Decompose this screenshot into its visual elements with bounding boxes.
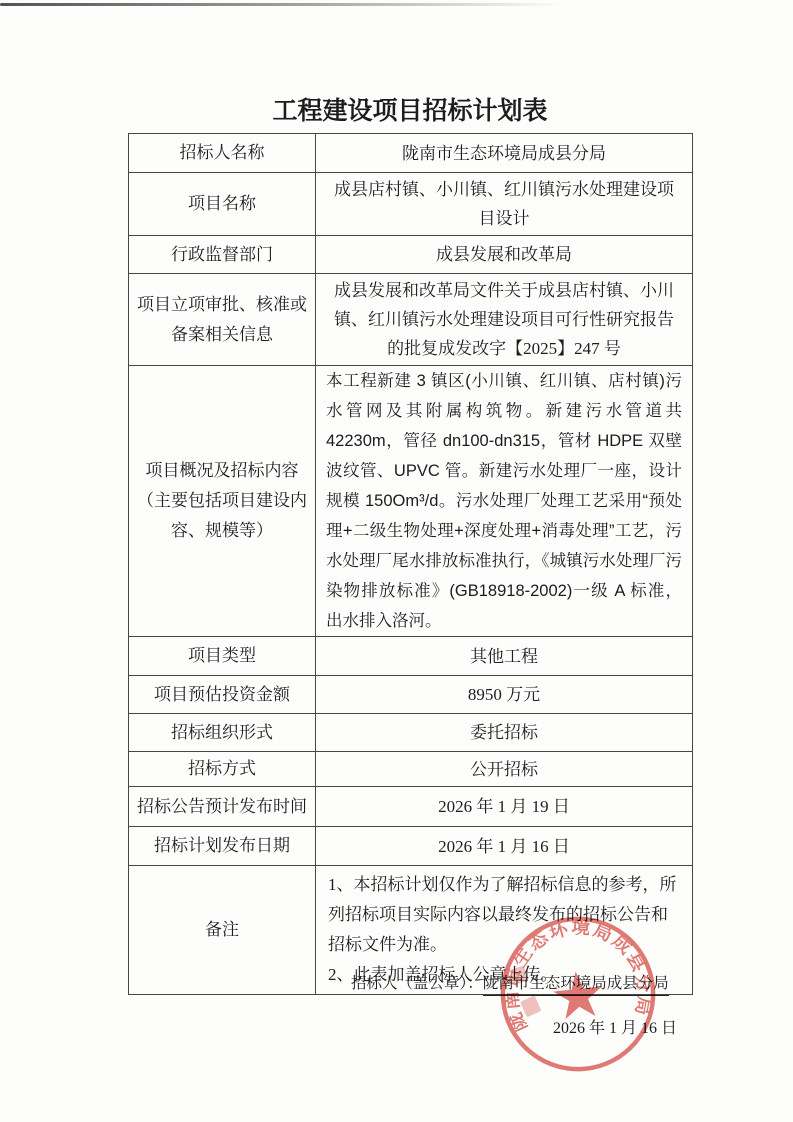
page-title: 工程建设项目招标计划表 <box>128 91 692 127</box>
table-row-tenderer-name: 招标人名称 陇南市生态环境局成县分局 <box>129 134 693 173</box>
row-value: 成县发展和改革局文件关于成县店村镇、小川镇、红川镇污水处理建设项目可行性研究报告… <box>316 274 693 366</box>
row-label: 项目类型 <box>129 637 316 676</box>
table-row-approval-info: 项目立项审批、核准或备案相关信息 成县发展和改革局文件关于成县店村镇、小川镇、红… <box>129 274 693 366</box>
row-value: 公开招标 <box>316 752 693 787</box>
row-label: 招标公告预计发布时间 <box>129 787 316 827</box>
row-label: 招标组织形式 <box>129 714 316 752</box>
row-value: 2026 年 1 月 19 日 <box>316 787 693 827</box>
table-row-plan-publish-date: 招标计划发布日期 2026 年 1 月 16 日 <box>129 827 693 866</box>
table-row-organization-form: 招标组织形式 委托招标 <box>129 714 693 752</box>
row-value: 成县发展和改革局 <box>316 236 693 274</box>
table-row-project-overview: 项目概况及招标内容（主要包括项目建设内容、规模等） 本工程新建 3 镇区(小川镇… <box>129 366 693 637</box>
sign-date: 2026 年 1 月 16 日 <box>553 1015 677 1038</box>
table-row-supervising-department: 行政监督部门 成县发展和改革局 <box>129 236 693 274</box>
row-label: 项目概况及招标内容（主要包括项目建设内容、规模等） <box>129 366 316 637</box>
row-label: 项目预估投资金额 <box>129 676 316 714</box>
signer-line: 招标人（盖公章）：陇南市生态环境局成县分局 <box>351 971 669 993</box>
row-label: 备注 <box>129 866 316 995</box>
row-value: 8950 万元 <box>316 676 693 714</box>
row-value: 委托招标 <box>316 714 693 752</box>
row-value: 成县店村镇、小川镇、红川镇污水处理建设项目设计 <box>316 173 693 236</box>
table-row-bidding-method: 招标方式 公开招标 <box>129 752 693 787</box>
row-label: 招标人名称 <box>129 134 316 173</box>
row-value: 其他工程 <box>316 637 693 676</box>
row-label: 项目名称 <box>129 173 316 236</box>
signer-label: 招标人（盖公章）： <box>351 975 483 992</box>
signer-name: 陇南市生态环境局成县分局 <box>483 975 669 996</box>
remarks-item: 1、本招标计划仅作为了解招标信息的参考，所列招标项目实际内容以最终发布的招标公告… <box>328 870 682 960</box>
row-label: 招标计划发布日期 <box>129 827 316 866</box>
row-label: 招标方式 <box>129 752 316 787</box>
table-row-project-name: 项目名称 成县店村镇、小川镇、红川镇污水处理建设项目设计 <box>129 173 693 236</box>
row-value: 2026 年 1 月 16 日 <box>316 827 693 866</box>
table-row-project-type: 项目类型 其他工程 <box>129 637 693 676</box>
row-value: 陇南市生态环境局成县分局 <box>316 134 693 173</box>
row-label: 行政监督部门 <box>129 236 316 274</box>
scanned-document-page: { "document": { "title": "工程建设项目招标计划表" }… <box>0 0 793 1122</box>
bidding-plan-table: 招标人名称 陇南市生态环境局成县分局 项目名称 成县店村镇、小川镇、红川镇污水处… <box>128 133 693 995</box>
scan-artifact-line <box>0 3 565 6</box>
row-label: 项目立项审批、核准或备案相关信息 <box>129 274 316 366</box>
table-row-estimated-investment: 项目预估投资金额 8950 万元 <box>129 676 693 714</box>
table-row-announcement-date: 招标公告预计发布时间 2026 年 1 月 19 日 <box>129 787 693 827</box>
row-value: 本工程新建 3 镇区(小川镇、红川镇、店村镇)污水管网及其附属构筑物。新建污水管… <box>316 366 693 637</box>
